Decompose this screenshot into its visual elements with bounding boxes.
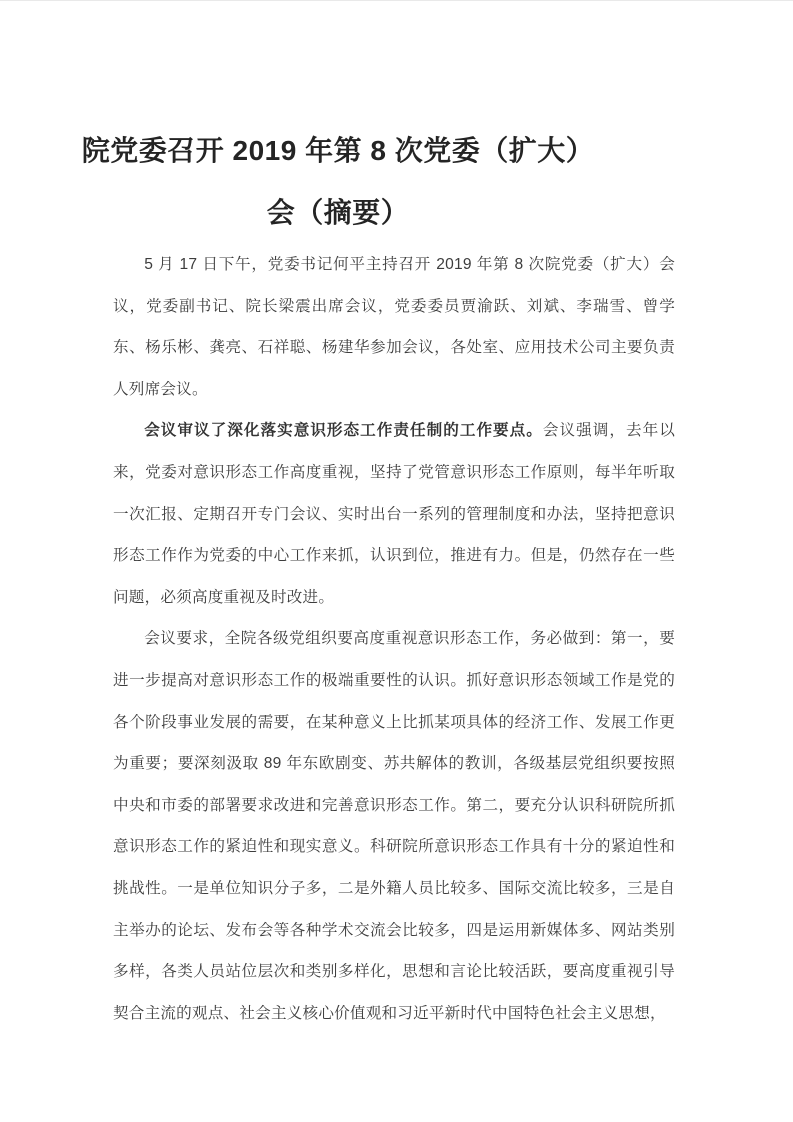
paragraph-requirements: 会议要求，全院各级党组织要高度重视意识形态工作，务必做到：第一，要进一步提高对意…: [113, 618, 675, 1034]
document-page: 院党委召开 2019 年第 8 次党委（扩大） 会（摘要） 5 月 17 日下午…: [0, 0, 793, 1122]
document-title-line-2: 会（摘要）: [57, 182, 619, 244]
paragraph-review-lead: 会议审议了深化落实意识形态工作责任制的工作要点。: [144, 422, 543, 439]
paragraph-review-text: 会议强调，去年以来，党委对意识形态工作高度重视，坚持了党管意识形态工作原则，每半…: [113, 422, 675, 605]
document-title: 院党委召开 2019 年第 8 次党委（扩大） 会（摘要）: [57, 120, 619, 244]
document-body: 5 月 17 日下午，党委书记何平主持召开 2019 年第 8 次院党委（扩大）…: [113, 244, 675, 1034]
paragraph-attendees-text: 5 月 17 日下午，党委书记何平主持召开 2019 年第 8 次院党委（扩大）…: [113, 256, 675, 398]
document-title-line-1: 院党委召开 2019 年第 8 次党委（扩大）: [57, 120, 619, 182]
paragraph-requirements-text: 会议要求，全院各级党组织要高度重视意识形态工作，务必做到：第一，要进一步提高对意…: [113, 630, 675, 1021]
paragraph-review: 会议审议了深化落实意识形态工作责任制的工作要点。会议强调，去年以来，党委对意识形…: [113, 410, 675, 618]
paragraph-attendees: 5 月 17 日下午，党委书记何平主持召开 2019 年第 8 次院党委（扩大）…: [113, 244, 675, 410]
